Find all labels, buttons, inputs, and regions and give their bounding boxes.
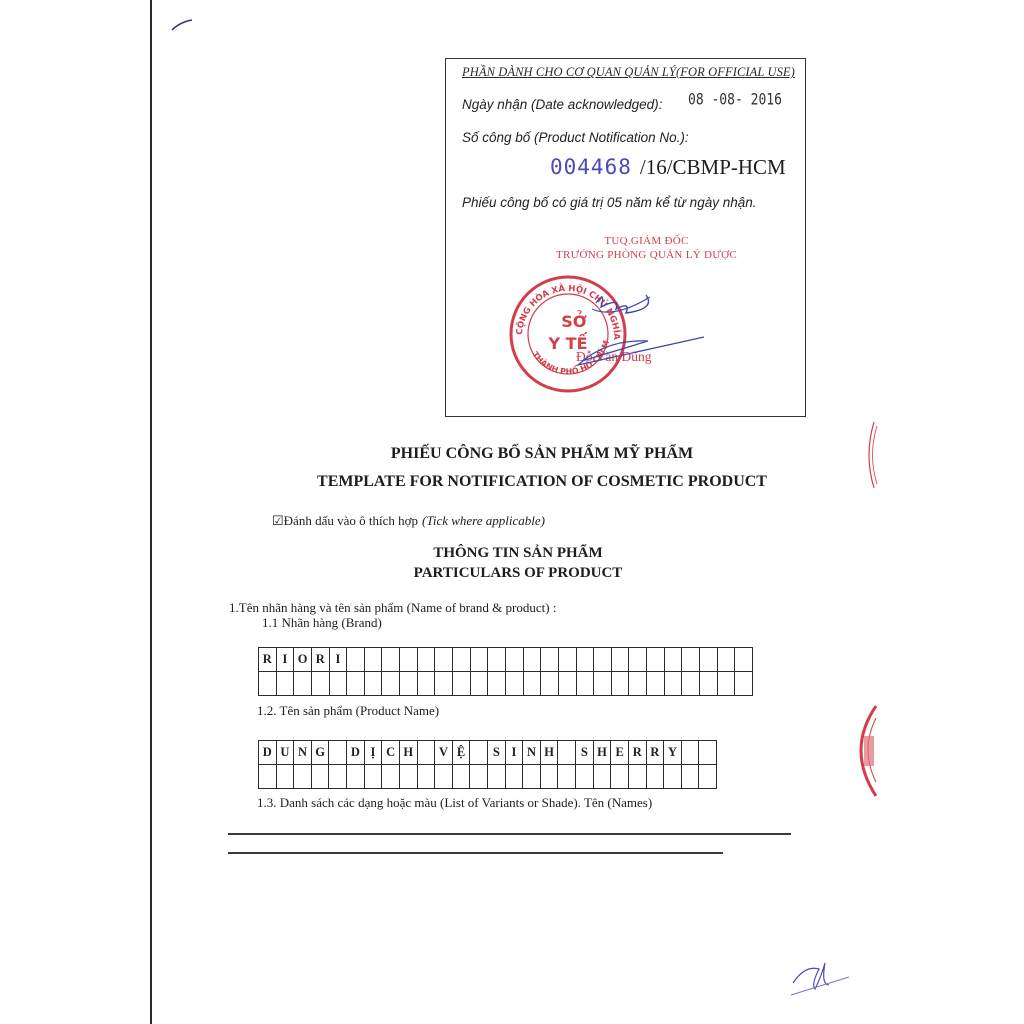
product-name-cell[interactable]: H xyxy=(400,741,418,765)
product-name-cell[interactable] xyxy=(453,765,471,789)
signatory-title-2: TRƯỞNG PHÒNG QUẢN LÝ DƯỢC xyxy=(466,249,827,261)
brand-cell[interactable] xyxy=(647,648,665,672)
brand-cell[interactable] xyxy=(435,648,453,672)
product-name-cell[interactable] xyxy=(541,765,559,789)
product-name-cell[interactable]: S xyxy=(576,741,594,765)
product-name-cell[interactable]: Ị xyxy=(365,741,383,765)
product-name-cell[interactable]: U xyxy=(277,741,295,765)
product-name-cell[interactable] xyxy=(277,765,295,789)
brand-cell[interactable] xyxy=(665,672,683,696)
product-name-cell[interactable]: C xyxy=(382,741,400,765)
product-name-cell[interactable] xyxy=(365,765,383,789)
brand-cell[interactable] xyxy=(594,672,612,696)
brand-cell[interactable] xyxy=(471,672,489,696)
product-name-cell[interactable]: S xyxy=(488,741,506,765)
product-name-cell[interactable]: G xyxy=(312,741,330,765)
brand-cell[interactable] xyxy=(559,672,577,696)
product-name-cell[interactable] xyxy=(523,765,541,789)
product-name-input-grid[interactable]: DUNGDỊCHVỆSINHSHERRY xyxy=(258,740,717,789)
brand-cell[interactable] xyxy=(735,672,753,696)
brand-cell[interactable] xyxy=(682,672,700,696)
initials-signature-icon xyxy=(785,955,855,1000)
brand-cell[interactable] xyxy=(435,672,453,696)
brand-cell[interactable]: O xyxy=(294,648,312,672)
tick-instruction: ☑Đánh dấu vào ô thích hợp(Tick where app… xyxy=(272,513,545,529)
product-name-cell[interactable] xyxy=(699,765,717,789)
brand-cell[interactable] xyxy=(400,672,418,696)
brand-cell[interactable] xyxy=(577,648,595,672)
brand-cell[interactable] xyxy=(735,648,753,672)
product-name-cell[interactable] xyxy=(329,741,347,765)
brand-cell[interactable] xyxy=(541,648,559,672)
brand-cell[interactable] xyxy=(400,648,418,672)
product-name-cell[interactable]: D xyxy=(259,741,277,765)
tick-instruction-en: (Tick where applicable) xyxy=(422,513,545,528)
partial-stamp-icon xyxy=(850,700,878,800)
brand-cell[interactable]: R xyxy=(312,648,330,672)
product-name-cell[interactable] xyxy=(329,765,347,789)
brand-cell[interactable] xyxy=(559,648,577,672)
date-acknowledged-label: Ngày nhận (Date acknowledged): xyxy=(462,97,662,112)
brand-cell[interactable] xyxy=(418,648,436,672)
brand-cell[interactable] xyxy=(665,648,683,672)
brand-cell[interactable] xyxy=(294,672,312,696)
product-name-cell[interactable] xyxy=(611,765,629,789)
product-name-cell[interactable] xyxy=(699,741,717,765)
product-name-cell[interactable] xyxy=(647,765,665,789)
product-name-cell[interactable] xyxy=(418,765,436,789)
brand-cell[interactable] xyxy=(612,672,630,696)
official-use-box: PHẦN DÀNH CHO CƠ QUAN QUẢN LÝ(FOR OFFICI… xyxy=(445,58,806,417)
product-name-cell[interactable] xyxy=(488,765,506,789)
brand-cell[interactable] xyxy=(453,648,471,672)
product-name-cell[interactable]: H xyxy=(541,741,559,765)
product-name-cell[interactable]: E xyxy=(611,741,629,765)
variants-label: 1.3. Danh sách các dạng hoặc màu (List o… xyxy=(257,795,652,811)
product-name-cell[interactable] xyxy=(435,765,453,789)
notification-number-label: Số công bố (Product Notification No.): xyxy=(462,130,689,145)
validity-note: Phiếu công bố có giá trị 05 năm kể từ ng… xyxy=(462,195,757,210)
partial-stamp-icon xyxy=(862,420,882,490)
section-title-vn: THÔNG TIN SẢN PHẨM xyxy=(6,545,1024,562)
product-name-cell[interactable]: R xyxy=(647,741,665,765)
product-name-cell[interactable]: I xyxy=(506,741,524,765)
brand-cell[interactable] xyxy=(629,672,647,696)
product-name-cell[interactable] xyxy=(682,741,700,765)
brand-cell[interactable] xyxy=(365,648,383,672)
brand-cell[interactable] xyxy=(700,672,718,696)
brand-cell[interactable] xyxy=(488,672,506,696)
brand-cell[interactable] xyxy=(612,648,630,672)
brand-cell[interactable] xyxy=(594,648,612,672)
product-name-cell[interactable]: R xyxy=(629,741,647,765)
notification-number: 004468/16/CBMP-HCM xyxy=(550,155,786,180)
brand-cell[interactable] xyxy=(506,648,524,672)
product-name-cell[interactable] xyxy=(629,765,647,789)
product-name-cell[interactable] xyxy=(664,765,682,789)
brand-cell[interactable] xyxy=(700,648,718,672)
notification-number-stamp: 004468 xyxy=(550,155,632,179)
brand-cell[interactable] xyxy=(718,648,736,672)
variants-fill-line[interactable] xyxy=(228,833,791,835)
product-name-cell[interactable] xyxy=(400,765,418,789)
tick-instruction-vn: ☑Đánh dấu vào ô thích hợp xyxy=(272,513,418,528)
official-use-title: PHẦN DÀNH CHO CƠ QUAN QUẢN LÝ(FOR OFFICI… xyxy=(462,65,795,80)
brand-cell[interactable] xyxy=(347,672,365,696)
brand-cell[interactable] xyxy=(577,672,595,696)
brand-input-grid[interactable]: RIORI xyxy=(258,647,753,696)
brand-cell[interactable] xyxy=(506,672,524,696)
date-acknowledged-value: 08 -08- 2016 xyxy=(688,92,782,110)
brand-cell[interactable] xyxy=(330,672,348,696)
product-name-cell[interactable] xyxy=(558,765,576,789)
signature-icon xyxy=(496,279,716,399)
variants-fill-line[interactable] xyxy=(228,852,723,854)
page-binding-edge xyxy=(150,0,152,1024)
product-name-cell[interactable]: Y xyxy=(664,741,682,765)
brand-cell[interactable] xyxy=(365,672,383,696)
product-name-cell[interactable] xyxy=(576,765,594,789)
product-name-cell[interactable] xyxy=(294,765,312,789)
brand-cell[interactable] xyxy=(418,672,436,696)
section-title-en: PARTICULARS OF PRODUCT xyxy=(6,565,1024,582)
brand-cell[interactable]: R xyxy=(259,648,277,672)
product-name-cell[interactable] xyxy=(470,741,488,765)
product-name-cell[interactable] xyxy=(312,765,330,789)
pen-mark-icon xyxy=(160,8,210,38)
brand-cell[interactable] xyxy=(277,672,295,696)
product-name-cell[interactable] xyxy=(506,765,524,789)
product-name-cell[interactable]: N xyxy=(294,741,312,765)
brand-cell[interactable] xyxy=(488,648,506,672)
brand-cell[interactable] xyxy=(382,672,400,696)
brand-cell[interactable] xyxy=(524,648,542,672)
brand-cell[interactable]: I xyxy=(277,648,295,672)
brand-label: 1.1 Nhãn hàng (Brand) xyxy=(262,615,382,631)
brand-cell[interactable] xyxy=(541,672,559,696)
product-name-cell[interactable]: V xyxy=(435,741,453,765)
product-name-cell[interactable]: N xyxy=(523,741,541,765)
brand-product-label: 1.Tên nhãn hàng và tên sản phẩm (Name of… xyxy=(229,600,556,616)
brand-cell[interactable] xyxy=(347,648,365,672)
product-name-cell[interactable] xyxy=(594,765,612,789)
brand-cell[interactable] xyxy=(647,672,665,696)
product-name-cell[interactable]: D xyxy=(347,741,365,765)
brand-cell[interactable]: I xyxy=(330,648,348,672)
notification-number-suffix: /16/CBMP-HCM xyxy=(640,155,786,179)
product-name-cell[interactable] xyxy=(259,765,277,789)
product-name-cell[interactable] xyxy=(682,765,700,789)
product-name-cell[interactable] xyxy=(382,765,400,789)
product-name-cell[interactable] xyxy=(418,741,436,765)
product-name-cell[interactable] xyxy=(558,741,576,765)
product-name-cell[interactable]: H xyxy=(594,741,612,765)
brand-cell[interactable] xyxy=(382,648,400,672)
brand-cell[interactable] xyxy=(471,648,489,672)
product-name-label: 1.2. Tên sản phẩm (Product Name) xyxy=(257,703,439,719)
product-name-cell[interactable] xyxy=(470,765,488,789)
signatory-title-1: TUQ.GIÁM ĐỐC xyxy=(466,235,827,247)
brand-cell[interactable] xyxy=(629,648,647,672)
brand-cell[interactable] xyxy=(312,672,330,696)
brand-cell[interactable] xyxy=(453,672,471,696)
brand-cell[interactable] xyxy=(524,672,542,696)
brand-cell[interactable] xyxy=(718,672,736,696)
brand-cell[interactable] xyxy=(259,672,277,696)
product-name-cell[interactable]: Ệ xyxy=(453,741,471,765)
brand-cell[interactable] xyxy=(682,648,700,672)
product-name-cell[interactable] xyxy=(347,765,365,789)
